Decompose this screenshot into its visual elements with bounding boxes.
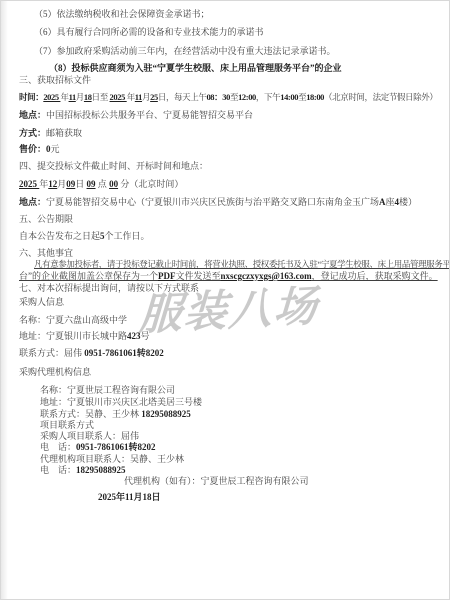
doc-text: 凡有意参加投标者，请于投标登记截止时间前，将营业执照、授权委托书及入驻“宁夏学生… [34, 259, 450, 269]
doc-text: 电 话： [40, 442, 76, 452]
doc-text: PDF [158, 271, 176, 281]
doc-text: 三、获取招标文件 [19, 75, 91, 85]
doc-text: 采购人信息 [19, 297, 64, 307]
doc-text: 年 [39, 179, 48, 189]
doc-text: 宁夏易能智招交易中心（宁夏银川市兴庆区民族街与治平路交叉路口东南角金玉广场 [46, 197, 379, 207]
doc-line-24: 地址：宁夏银川市兴庆区北塔美居三号楼 [40, 397, 202, 408]
doc-line-0: （5）依法缴纳税收和社会保障资金承诺书； [34, 9, 210, 20]
doc-text: （北京时间，法定节假日除外） [324, 92, 437, 102]
doc-line-25: 联系方式：吴静、王少林 18295088925 [40, 409, 191, 420]
doc-text: 18295088925 [76, 465, 126, 475]
doc-text: 元 [51, 144, 60, 154]
doc-text: 年 [127, 92, 135, 102]
doc-text: 至 [298, 92, 306, 102]
doc-text: 项目联系方式 [40, 420, 94, 430]
doc-text: 名称：宁夏世辰工程咨询有限公司 [40, 385, 175, 395]
doc-line-9: 四、提交投标文件截止时间、开标时间和地点： [19, 161, 208, 172]
doc-text: 楼） [399, 197, 417, 207]
doc-text: 地址：宁夏银川市兴庆区北塔美居三号楼 [40, 397, 202, 407]
doc-text: 名称：宁夏六盘山高级中学 [19, 315, 127, 325]
doc-line-27: 采购人项目联系人：屈伟 [40, 431, 139, 442]
doc-text: （7）参加政府采购活动前三年内，在经营活动中没有重大违法记录承诺书。 [34, 46, 336, 56]
doc-line-16: 台”的企业截图加盖公章保存为一个PDF文件发送至nxscgczxyxgs@163… [19, 271, 438, 282]
doc-line-13: 自本公告发布之日起5个工作日。 [19, 231, 150, 242]
doc-line-29: 代理机构项目联系人：吴静、王少林 [40, 454, 184, 465]
doc-line-31: 代理机构（如有）：宁夏世辰工程咨询有限公司 [124, 476, 309, 487]
doc-text: 地点： [19, 197, 46, 207]
doc-text: 点 [96, 179, 110, 189]
doc-text: 14:00 [280, 92, 298, 102]
doc-text: 代理机构（如有）：宁夏世辰工程咨询有限公司 [124, 476, 309, 486]
doc-text: 中国招标投标公共服务平台、宁夏易能智招交易平台 [46, 110, 253, 120]
doc-line-28: 电 话：0951-7861061转8202 [40, 442, 156, 453]
doc-text: 日至 [92, 92, 110, 102]
doc-line-10: 2025 年12月09日 09 点 00 分（北京时间） [19, 179, 183, 190]
doc-line-22: 采购代理机构信息 [19, 367, 91, 378]
doc-text: 2025 [110, 92, 127, 102]
doc-text: 采购人项目联系人：屈伟 [40, 431, 139, 441]
doc-text: 时间： [19, 92, 43, 102]
doc-line-7: 方式：邮箱获取 [19, 128, 82, 139]
doc-text: 电 话： [40, 465, 76, 475]
doc-text: 18 [84, 92, 92, 102]
doc-line-11: 地点：宁夏易能智招交易中心（宁夏银川市兴庆区民族街与治平路交叉路口东南角金玉广场… [19, 197, 417, 208]
doc-text: ，下午 [256, 92, 280, 102]
doc-text: 11 [69, 92, 76, 102]
doc-text: （5）依法缴纳税收和社会保障资金承诺书； [34, 9, 210, 19]
doc-text: 联系方式：屈伟 [19, 348, 84, 358]
doc-text: nxscgczxyxgs@163.com [221, 271, 312, 281]
doc-line-12: 五、公告期限 [19, 214, 73, 225]
doc-text: （8）投标供应商须为入驻“宁夏学生校服、床上用品管理服务平台”的企业 [49, 63, 342, 73]
doc-text: （6）具有履行合同所必需的设备和专业技术能力的承诺书 [34, 27, 264, 37]
doc-line-30: 电 话：18295088925 [40, 465, 126, 476]
doc-text: 年 [60, 92, 68, 102]
doc-line-1: （6）具有履行合同所必需的设备和专业技术能力的承诺书 [34, 27, 264, 38]
doc-line-19: 名称：宁夏六盘山高级中学 [19, 315, 127, 326]
doc-line-23: 名称：宁夏世辰工程咨询有限公司 [40, 385, 175, 396]
doc-text: 月 [76, 92, 84, 102]
doc-text: 0951-7861061转8202 [76, 442, 156, 452]
doc-line-20: 地址：宁夏银川市长城中路423号 [19, 331, 150, 342]
doc-text: 08：30 [206, 92, 230, 102]
doc-text: 11 [135, 92, 142, 102]
doc-text: 个工作日。 [105, 231, 150, 241]
doc-text: 文件发送至 [176, 271, 221, 281]
doc-text: 方式： [19, 128, 46, 138]
document-page: 服装八场 （5）依法缴纳税收和社会保障资金承诺书；（6）具有履行合同所必需的设备… [0, 0, 450, 600]
doc-text: 号 [141, 331, 150, 341]
doc-text: 00 [109, 179, 118, 189]
doc-text: 日 [75, 179, 86, 189]
doc-line-17: 七、对本次招标提出询问，请按以下方式联系 [19, 283, 199, 294]
doc-line-18: 采购人信息 [19, 297, 64, 308]
doc-line-6: 地点：中国招标投标公共服务平台、宁夏易能智招交易平台 [19, 110, 253, 121]
doc-line-2: （7）参加政府采购活动前三年内，在经营活动中没有重大违法记录承诺书。 [34, 46, 336, 57]
doc-line-8: 售价：0元 [19, 144, 60, 155]
doc-text: ，登记成功后，获取采购文件。 [312, 271, 438, 281]
doc-text: 日，每天上午 [158, 92, 207, 102]
doc-line-21: 联系方式：屈伟 0951-7861061转8202 [19, 348, 164, 359]
doc-text: 09 [66, 179, 75, 189]
doc-text: 五、公告期限 [19, 214, 73, 224]
doc-line-3: （8）投标供应商须为入驻“宁夏学生校服、床上用品管理服务平台”的企业 [49, 63, 342, 74]
doc-text: 联系方式：吴静、王少林 [40, 409, 141, 419]
doc-text: 2025 [43, 92, 60, 102]
doc-text: 分（北京时间） [118, 179, 183, 189]
doc-text: 座 [386, 197, 395, 207]
doc-text: 至 [230, 92, 238, 102]
doc-text: 12:00 [238, 92, 256, 102]
doc-line-26: 项目联系方式 [40, 420, 94, 431]
doc-text: 月 [142, 92, 150, 102]
doc-text: 四、提交投标文件截止时间、开标时间和地点： [19, 161, 208, 171]
doc-line-4: 三、获取招标文件 [19, 75, 91, 86]
doc-line-15: 凡有意参加投标者，请于投标登记截止时间前，将营业执照、授权委托书及入驻“宁夏学生… [34, 259, 450, 270]
doc-text: 12 [48, 179, 57, 189]
doc-text: 423 [127, 331, 141, 341]
doc-line-14: 六、其他事宜 [19, 248, 73, 259]
doc-text: 六、其他事宜 [19, 248, 73, 258]
doc-text: 台”的企业截图加盖公章保存为一个 [19, 271, 158, 281]
doc-text: 邮箱获取 [46, 128, 82, 138]
doc-text: 0951-7861061转8202 [84, 348, 164, 358]
doc-line-32: 2025年11月18日 [98, 492, 161, 503]
doc-text: 采购代理机构信息 [19, 367, 91, 377]
doc-text: 2025年11月18日 [98, 492, 161, 502]
doc-text: 售价： [19, 144, 46, 154]
doc-line-5: 时间：2025 年11月18日至 2025 年11月25日，每天上午08：30至… [19, 92, 437, 103]
doc-text: 18:00 [306, 92, 324, 102]
doc-text: 自本公告发布之日起 [19, 231, 100, 241]
document-body: （5）依法缴纳税收和社会保障资金承诺书；（6）具有履行合同所必需的设备和专业技术… [1, 1, 449, 599]
doc-text: 代理机构项目联系人：吴静、王少林 [40, 454, 184, 464]
doc-text: 月 [57, 179, 66, 189]
doc-text: 七、对本次招标提出询问，请按以下方式联系 [19, 283, 199, 293]
doc-text: 2025 [19, 179, 39, 189]
doc-text: 地点： [19, 110, 46, 120]
doc-text: 09 [87, 179, 96, 189]
doc-text: 18295088925 [141, 409, 191, 419]
doc-text: 地址：宁夏银川市长城中路 [19, 331, 127, 341]
doc-text: 25 [150, 92, 158, 102]
